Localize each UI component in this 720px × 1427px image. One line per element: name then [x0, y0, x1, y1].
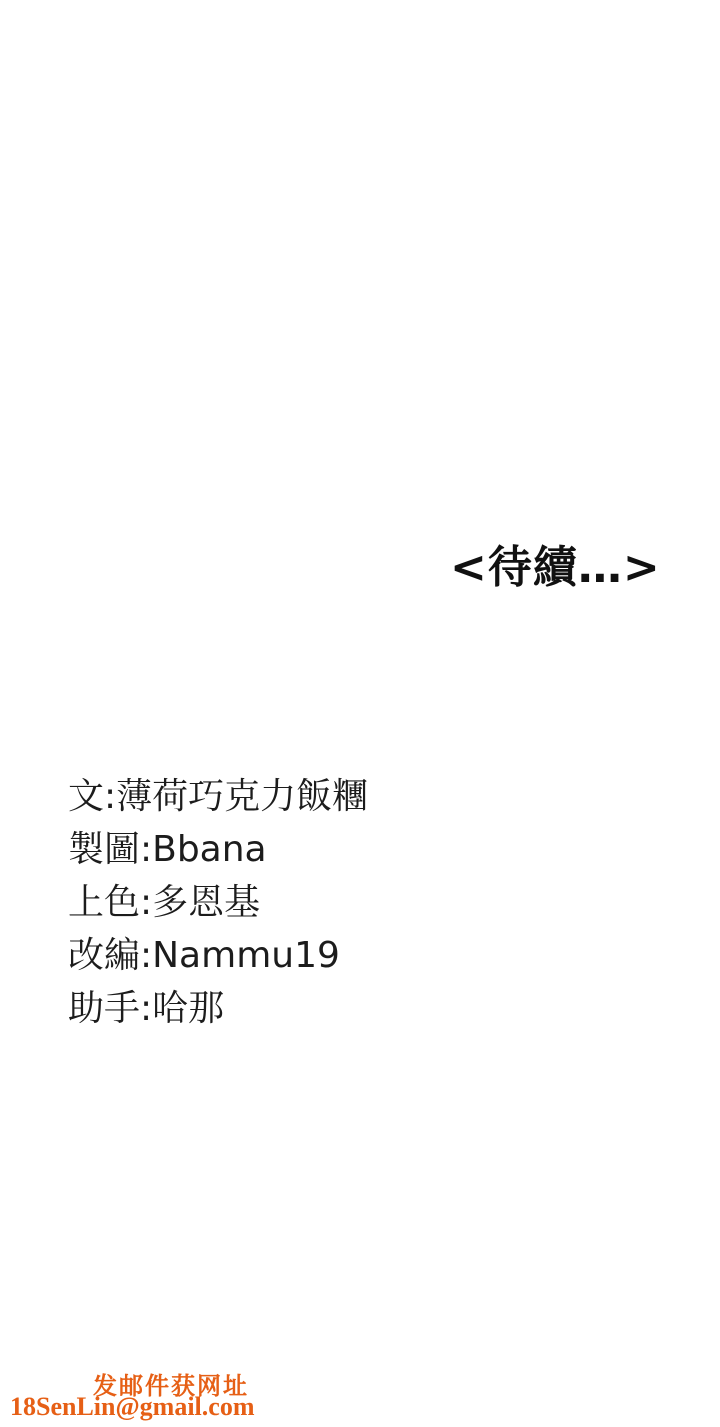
credit-line-artist: 製圖:Bbana [68, 823, 368, 876]
credits-block: 文:薄荷巧克力飯糰 製圖:Bbana 上色:多恩基 改編:Nammu19 助手:… [68, 770, 368, 1035]
credit-line-adapter: 改編:Nammu19 [68, 929, 368, 982]
comic-end-page: <待續…> 文:薄荷巧克力飯糰 製圖:Bbana 上色:多恩基 改編:Nammu… [0, 0, 720, 1427]
footer-email-text: 18SenLin@gmail.com [10, 1392, 254, 1422]
credit-line-assistant: 助手:哈那 [68, 982, 368, 1035]
credit-line-colorist: 上色:多恩基 [68, 876, 368, 929]
credit-line-writer: 文:薄荷巧克力飯糰 [68, 770, 368, 823]
to-be-continued-text: <待續…> [450, 531, 661, 595]
